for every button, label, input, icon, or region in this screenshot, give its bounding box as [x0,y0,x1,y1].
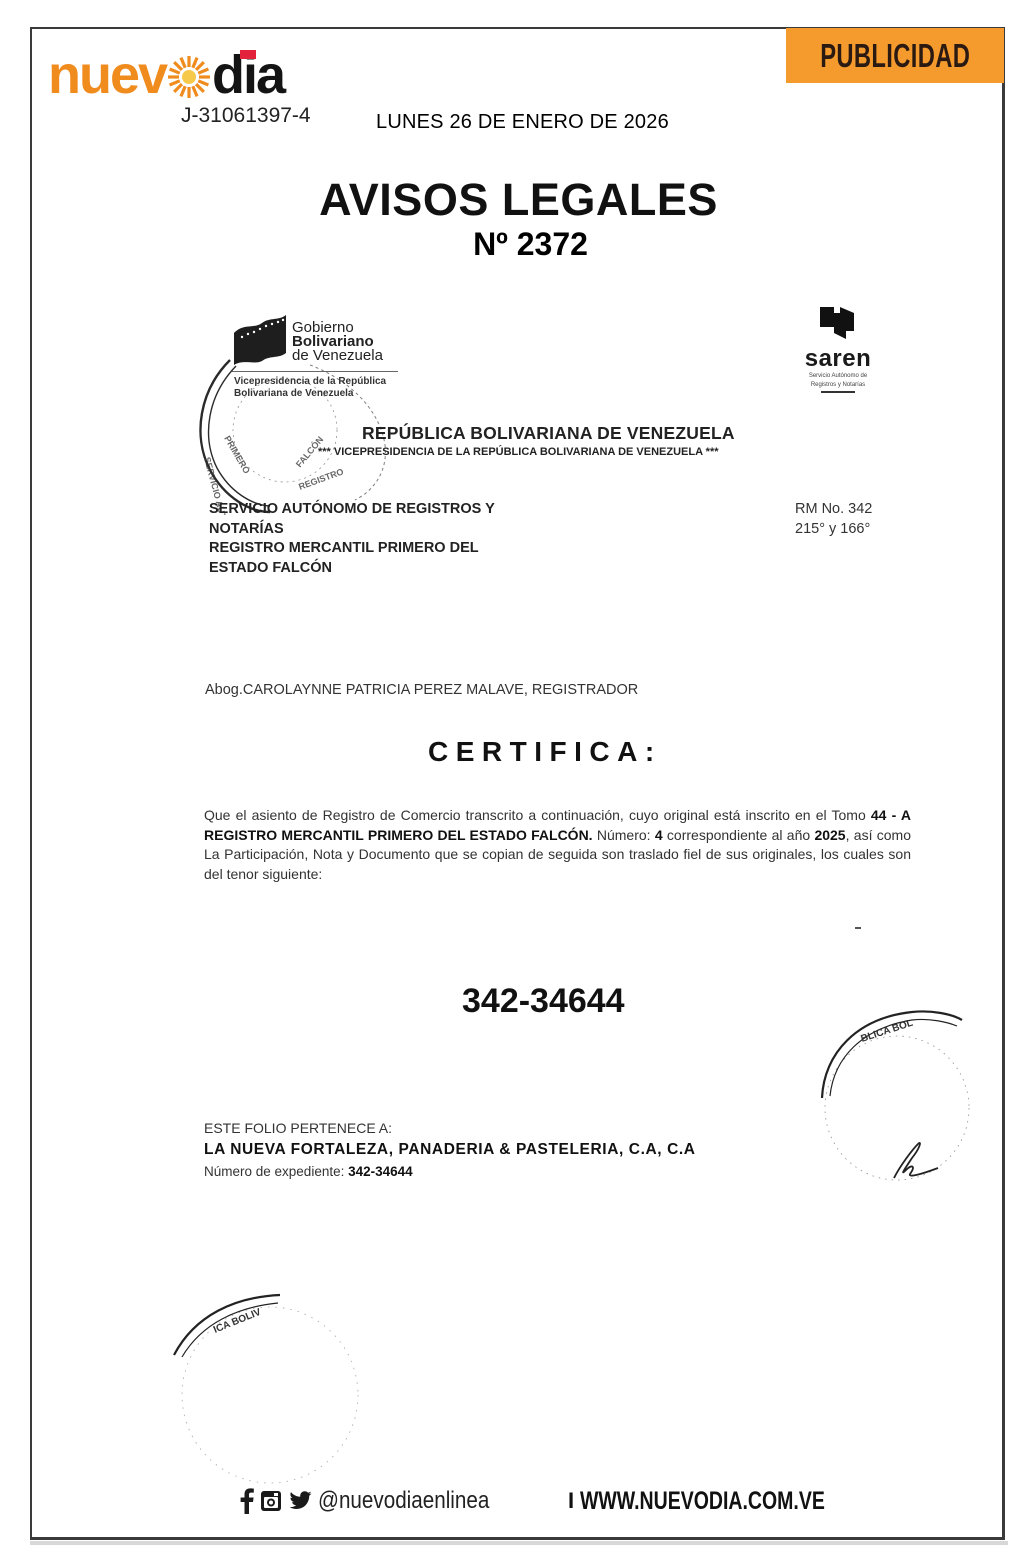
saren-mark-icon [816,303,860,341]
section-tab: PUBLICIDAD [786,28,1004,83]
servicio-block: SERVICIO AUTÓNOMO DE REGISTROS Y NOTARÍA… [209,500,495,578]
website-link[interactable]: WWW.NUEVODIA.COM.VE [580,1487,825,1516]
logo-text-right: dia [212,48,284,102]
folio-label: ESTE FOLIO PERTENECE A: [204,1120,392,1136]
saren-bar [821,391,855,393]
facebook-icon[interactable] [240,1488,254,1514]
body-numero: 4 [655,827,663,843]
body-anio: 2025 [814,827,845,843]
body-text-1: Que el asiento de Registro de Comercio t… [204,807,871,823]
servicio-line: ESTADO FALCÓN [209,559,495,579]
rm-number: RM No. 342 [795,500,872,520]
rm-years: 215° y 166° [795,520,872,540]
svg-text:PRIMERO: PRIMERO [222,434,252,475]
logo-accent [240,50,256,59]
saren-logo: saren Servicio Autónomo de Registros y N… [796,303,880,401]
servicio-line: SERVICIO AUTÓNOMO DE REGISTROS Y [209,500,495,520]
sun-icon [167,55,211,99]
nuevodia-logo: nuev dia [48,48,284,102]
saren-sub-1: Servicio Autónomo de [796,373,880,380]
certification-paragraph: Que el asiento de Registro de Comercio t… [204,806,911,884]
notice-title: AVISOS LEGALES [0,174,1027,226]
body-text-2: Número: [593,827,655,843]
vicepresidencia-heading: *** VICEPRESIDENCIA DE LA REPÚBLICA BOLI… [318,446,719,458]
body-text-3: correspondiente al año [663,827,815,843]
folio-expediente: Número de expediente: 342-34644 [204,1164,413,1179]
scan-mark [855,927,861,929]
notice-number: Nº 2372 [0,226,1027,263]
frame-shadow [30,1541,1008,1545]
registrador-name: Abog.CAROLAYNNE PATRICIA PEREZ MALAVE, R… [205,682,638,698]
twitter-icon[interactable] [288,1491,312,1511]
rif-number: J-31061397-4 [181,104,311,128]
saren-sub-2: Registros y Notarías [796,382,880,389]
footer-social-bar: @nuevodiaenlinea I WWW.NUEVODIA.COM.VE [240,1484,894,1518]
servicio-line: NOTARÍAS [209,520,495,540]
section-tab-label: PUBLICIDAD [820,37,970,75]
faint-seal-stamp: ICA BOLIV [160,1285,375,1485]
publication-date: LUNES 26 DE ENERO DE 2026 [376,111,669,134]
logo-text-left: nuev [48,48,166,102]
servicio-line: REGISTRO MERCANTIL PRIMERO DEL [209,539,495,559]
expediente-value: 342-34644 [348,1164,413,1179]
republica-heading: REPÚBLICA BOLIVARIANA DE VENEZUELA [362,423,735,444]
folio-owner: LA NUEVA FORTALEZA, PANADERIA & PASTELER… [204,1141,696,1159]
expediente-label: Número de expediente: [204,1164,348,1179]
social-handle[interactable]: @nuevodiaenlinea [318,1487,528,1515]
saren-wordmark: saren [796,347,880,371]
expediente-heading: 342-34644 [462,982,625,1021]
stamp-with-signature: BLICA BOL [812,998,972,1203]
certifica-heading: CERTIFICA: [428,736,662,768]
svg-text:REGISTRO: REGISTRO [297,466,345,491]
svg-text:BLICA BOL: BLICA BOL [860,1018,915,1045]
instagram-icon[interactable] [260,1490,282,1512]
rm-block: RM No. 342 215° y 166° [795,500,872,539]
footer-separator: I [568,1488,574,1514]
